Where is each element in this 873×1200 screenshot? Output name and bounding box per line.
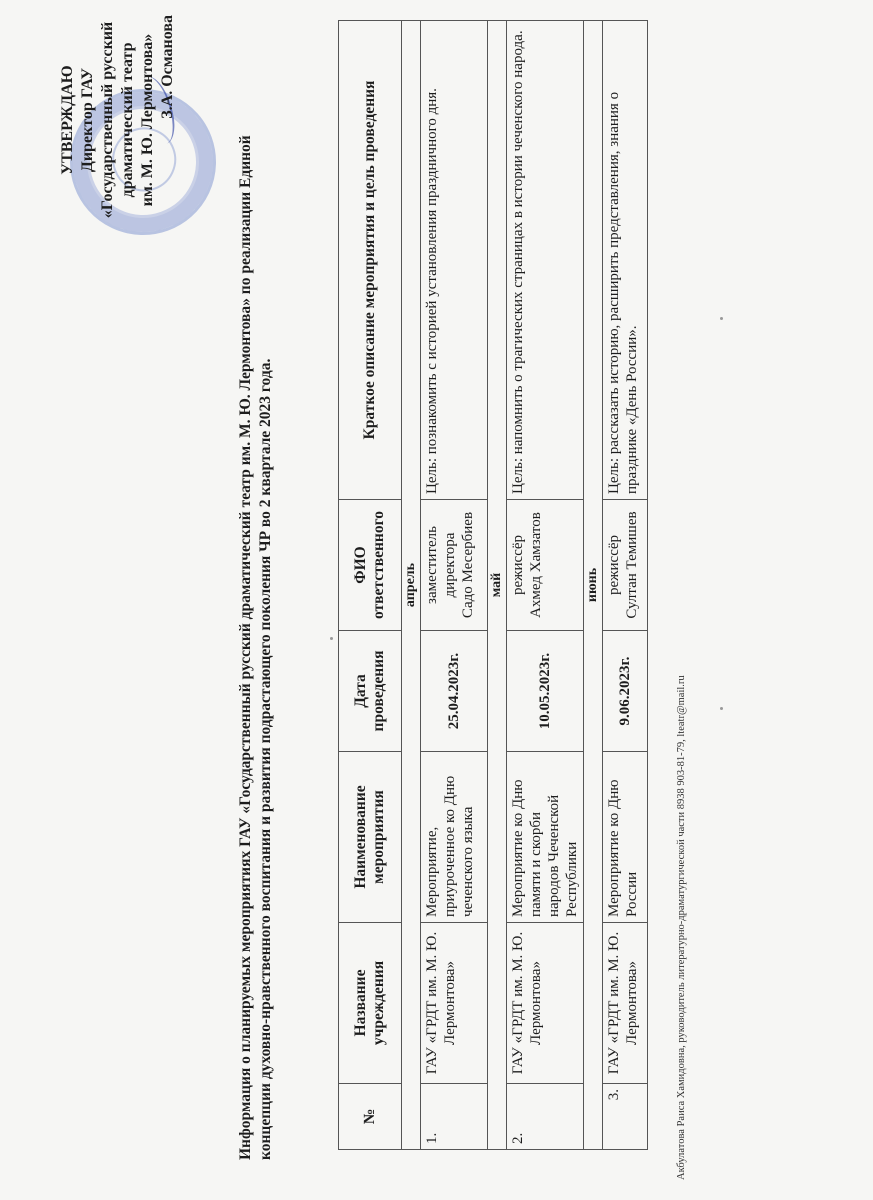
approval-line: им. М. Ю. Лермонтова» — [138, 15, 158, 225]
row-event-name: Мероприятие ко Дню памяти и скорби народ… — [507, 752, 584, 923]
header-event-name: Наименование мероприятия — [339, 752, 402, 923]
row-organization: ГАУ «ГРДТ им. М. Ю. Лермонтова» — [421, 923, 488, 1084]
table-row: 1. ГАУ «ГРДТ им. М. Ю. Лермонтова» Мероп… — [421, 21, 488, 1150]
approval-block: УТВЕРЖДАЮ Директор ГАУ «Государственный … — [58, 15, 178, 225]
responsible-name: Ахмед Хамзатов — [527, 505, 545, 625]
month-row: апрель — [402, 21, 421, 1150]
contact-footer: Акбулатова Раиса Хамидовна, руководитель… — [676, 675, 687, 1180]
responsible-role: режиссёр — [605, 505, 623, 625]
row-event-name: Мероприятие ко Дню России — [603, 752, 648, 923]
month-row: июнь — [584, 21, 603, 1150]
month-label: июнь — [584, 21, 603, 1150]
row-number: 1. — [421, 1084, 488, 1150]
row-date: 9.06.2023г. — [603, 631, 648, 752]
scanned-page: УТВЕРЖДАЮ Директор ГАУ «Государственный … — [0, 0, 873, 1200]
row-description: Цель: рассказать историю, расширить пред… — [603, 21, 648, 500]
responsible-name: Султан Темишев — [623, 505, 641, 625]
header-description: Краткое описание мероприятия и цель пров… — [339, 21, 402, 500]
header-organization: Название учреждения — [339, 923, 402, 1084]
row-description: Цель: познакомить с историей установлени… — [421, 21, 488, 500]
scan-speck — [330, 637, 333, 640]
table-header-row: № Название учреждения Наименование мероп… — [339, 21, 402, 1150]
row-event-name: Мероприятие, приуроченное ко Дню чеченск… — [421, 752, 488, 923]
month-row: май — [488, 21, 507, 1150]
document-title: Информация о планируемых мероприятиях ГА… — [236, 110, 276, 1160]
row-organization: ГАУ «ГРДТ им. М. Ю. Лермонтова» — [603, 923, 648, 1084]
responsible-role: заместитель директора — [423, 505, 459, 625]
month-label: апрель — [402, 21, 421, 1150]
row-responsible: режиссёр Ахмед Хамзатов — [507, 500, 584, 631]
approval-line: «Государственный русский — [98, 15, 118, 225]
row-responsible: режиссёр Султан Темишев — [603, 500, 648, 631]
approval-line: Директор ГАУ — [78, 15, 98, 225]
row-description: Цель: напомнить о трагических страницах … — [507, 21, 584, 500]
row-date: 10.05.2023г. — [507, 631, 584, 752]
table-row: 3. ГАУ «ГРДТ им. М. Ю. Лермонтова» Мероп… — [603, 21, 648, 1150]
row-number: 2. — [507, 1084, 584, 1150]
events-table: № Название учреждения Наименование мероп… — [338, 20, 648, 1150]
responsible-name: Садо Месербиев — [459, 505, 477, 625]
approval-line: драматический театр — [118, 15, 138, 225]
scan-speck — [720, 707, 723, 710]
row-date: 25.04.2023г. — [421, 631, 488, 752]
signatory-name: З.А. Османова — [158, 15, 178, 225]
header-date: Дата проведения — [339, 631, 402, 752]
scan-speck — [720, 317, 723, 320]
responsible-role: режиссёр — [509, 505, 527, 625]
table-row: 2. ГАУ «ГРДТ им. М. Ю. Лермонтова» Мероп… — [507, 21, 584, 1150]
header-number: № — [339, 1084, 402, 1150]
row-organization: ГАУ «ГРДТ им. М. Ю. Лермонтова» — [507, 923, 584, 1084]
approval-line: УТВЕРЖДАЮ — [58, 15, 78, 225]
month-label: май — [488, 21, 507, 1150]
header-responsible: ФИО ответственного — [339, 500, 402, 631]
row-number: 3. — [603, 1084, 648, 1150]
row-responsible: заместитель директора Садо Месербиев — [421, 500, 488, 631]
